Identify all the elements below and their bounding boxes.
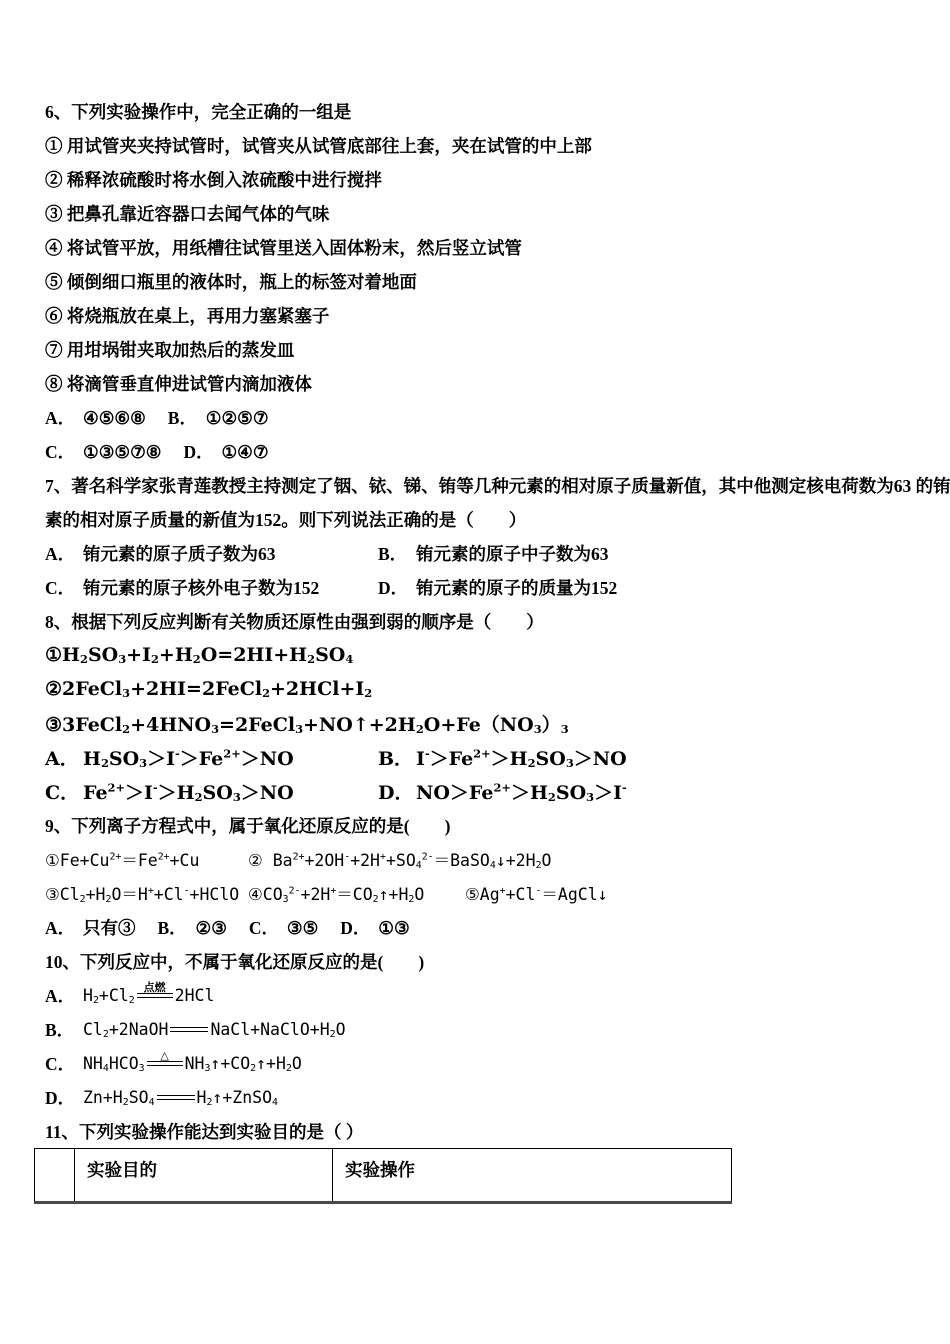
- q11-table-header-cell-1: 实验目的: [75, 1149, 333, 1203]
- q6-item-4-content: ④ 将试管平放，用纸槽往试管里送入固体粉末，然后竖立试管: [45, 235, 522, 260]
- q11-table-header-cell-2: 实验操作: [333, 1149, 732, 1203]
- option-letter-label: C．: [45, 439, 83, 464]
- option-letter-label: B．: [45, 1017, 83, 1042]
- q8-stem-content: 8、根据下列反应判断有关物质还原性由强到弱的顺序是（ ）: [45, 609, 544, 634]
- q6-options-cd-item-1: D．①④⑦: [183, 439, 268, 464]
- option-text: 铕元素的原子的质量为152: [416, 575, 617, 600]
- q11-table-header-cell-0: [35, 1149, 75, 1203]
- q10-option-a-lhs: H2+Cl2: [83, 986, 135, 1005]
- q8-eq-1: ①H2SO3+I2+H2O=2HI+H2SO4: [45, 638, 915, 672]
- q8-options-ab: A．H2SO3＞I-＞Fe2+＞NOB．I-＞Fe2+＞H2SO3＞NO: [45, 740, 915, 774]
- q8-options-ab-item-0: A．H2SO3＞I-＞Fe2+＞NO: [45, 744, 378, 771]
- q10-option-c-lhs: NH4HCO3: [83, 1054, 145, 1073]
- option-letter-label: A．: [45, 744, 83, 771]
- q6-item-6: ⑥ 将烧瓶放在桌上，再用力塞紧塞子: [45, 298, 915, 332]
- q7-options-ab-item-0: A．铕元素的原子质子数为63: [45, 541, 378, 566]
- option-letter-label: B．: [158, 915, 196, 940]
- option-text: ④⑤⑥⑧: [83, 408, 146, 429]
- q9-eq-row1: ①Fe+Cu2+＝Fe2++Cu② Ba2++2OH-+2H++SO42-＝Ba…: [45, 842, 915, 876]
- q6-item-2: ② 稀释浓硫酸时将水倒入浓硫酸中进行搅拌: [45, 162, 915, 196]
- q6-item-8-content: ⑧ 将滴管垂直伸进试管内滴加液体: [45, 371, 312, 396]
- option-letter-label: B．: [168, 405, 206, 430]
- option-letter-label: A．: [45, 541, 83, 566]
- q8-eq-2: ②2FeCl3+2HI=2FeCl2+2HCl+I2: [45, 672, 915, 706]
- option-text: ①③: [378, 918, 409, 939]
- q11-table: 实验目的实验操作: [34, 1148, 732, 1204]
- option-text: ②③: [196, 918, 227, 939]
- q8-eq-3-content: ③3FeCl2+4HNO3=2FeCl3+NO↑+2H2O+Fe（NO3）3: [45, 710, 569, 737]
- reaction-equals-double-line: △: [147, 1061, 183, 1066]
- q8-stem: 8、根据下列反应判断有关物质还原性由强到弱的顺序是（ ）: [45, 604, 915, 638]
- q8-options-cd-item-1: D．NO＞Fe2+＞H2SO3＞I-: [378, 778, 627, 805]
- q6-item-2-content: ② 稀释浓硫酸时将水倒入浓硫酸中进行搅拌: [45, 167, 382, 192]
- option-letter-label: D．: [340, 915, 378, 940]
- option-letter-label: C．: [45, 1051, 83, 1076]
- q6-item-7: ⑦ 用坩埚钳夹取加热后的蒸发皿: [45, 332, 915, 366]
- q7-stem-line2-content: 素的相对原子质量的新值为152。则下列说法正确的是（ ）: [45, 507, 526, 532]
- exam-document-page: 6、下列实验操作中，完全正确的一组是① 用试管夹夹持试管时，试管夹从试管底部往上…: [0, 0, 950, 1204]
- q6-item-1: ① 用试管夹夹持试管时，试管夹从试管底部往上套，夹在试管的中上部: [45, 128, 915, 162]
- q10-option-b-rhs: NaCl+NaClO+H2O: [210, 1020, 345, 1039]
- q6-item-5-content: ⑤ 倾倒细口瓶里的液体时，瓶上的标签对着地面: [45, 269, 417, 294]
- q6-stem: 6、下列实验操作中，完全正确的一组是: [45, 94, 915, 128]
- q10-option-c-rhs: NH3↑+CO2↑+H2O: [185, 1054, 302, 1073]
- q9-stem-content: 9、下列离子方程式中，属于氧化还原反应的是( ): [45, 813, 450, 838]
- q9-options-item-0: A．只有③: [45, 915, 136, 940]
- q10-option-c: C．NH4HCO3△NH3↑+CO2↑+H2O: [45, 1046, 915, 1080]
- reaction-equals-double-line: 点燃: [137, 993, 173, 998]
- q9-eq-row2-cell-0: ③Cl2+H2O＝H++Cl-+HClO: [45, 881, 248, 905]
- reaction-equals-double-line: [157, 1095, 195, 1100]
- q6-item-3: ③ 把鼻孔靠近容器口去闻气体的气味: [45, 196, 915, 230]
- q7-options-ab-item-1: B．铕元素的原子中子数为63: [378, 541, 609, 566]
- option-letter-label: A．: [45, 915, 83, 940]
- q6-item-6-content: ⑥ 将烧瓶放在桌上，再用力塞紧塞子: [45, 303, 329, 328]
- reaction-condition-label: △: [160, 1051, 168, 1062]
- q11-table-header-row: 实验目的实验操作: [35, 1149, 732, 1203]
- q8-options-cd-item-0: C．Fe2+＞I-＞H2SO3＞NO: [45, 778, 378, 805]
- q7-stem-line2: 素的相对原子质量的新值为152。则下列说法正确的是（ ）: [45, 502, 915, 536]
- q9-eq-row2-cell-2: ⑤Ag++Cl-＝AgCl↓: [465, 881, 608, 905]
- q10-option-d-lhs: Zn+H2SO4: [83, 1088, 155, 1107]
- option-letter-label: B．: [378, 744, 416, 771]
- q10-option-d: D．Zn+H2SO4H2↑+ZnSO4: [45, 1080, 915, 1114]
- q9-eq-row1-cell-0: ①Fe+Cu2+＝Fe2++Cu: [45, 847, 248, 871]
- q7-options-ab: A．铕元素的原子质子数为63B．铕元素的原子中子数为63: [45, 536, 915, 570]
- option-text: NO＞Fe2+＞H2SO3＞I-: [416, 778, 627, 805]
- q6-item-1-content: ① 用试管夹夹持试管时，试管夹从试管底部往上套，夹在试管的中上部: [45, 133, 592, 158]
- q6-item-5: ⑤ 倾倒细口瓶里的液体时，瓶上的标签对着地面: [45, 264, 915, 298]
- option-text: H2SO3＞I-＞Fe2+＞NO: [83, 744, 294, 771]
- q6-options-ab-item-0: A．④⑤⑥⑧: [45, 405, 146, 430]
- q6-item-4: ④ 将试管平放，用纸槽往试管里送入固体粉末，然后竖立试管: [45, 230, 915, 264]
- q8-eq-1-content: ①H2SO3+I2+H2O=2HI+H2SO4: [45, 644, 353, 666]
- q7-stem-line1-content: 7、著名科学家张青莲教授主持测定了铟、铱、锑、铕等几种元素的相对原子质量新值，其…: [45, 473, 950, 498]
- q6-item-7-content: ⑦ 用坩埚钳夹取加热后的蒸发皿: [45, 337, 294, 362]
- q9-options-item-3: D．①③: [340, 915, 409, 940]
- option-text: ③⑤: [287, 918, 318, 939]
- q8-options-cd: C．Fe2+＞I-＞H2SO3＞NOD．NO＞Fe2+＞H2SO3＞I-: [45, 774, 915, 808]
- q7-options-cd: C．铕元素的原子核外电子数为152D．铕元素的原子的质量为152: [45, 570, 915, 604]
- option-text: ①②⑤⑦: [206, 408, 269, 429]
- q10-option-b-lhs: Cl2+2NaOH: [83, 1020, 168, 1039]
- option-text: ①④⑦: [221, 442, 268, 463]
- q11-stem-content: 11、下列实验操作能达到实验目的是（ ）: [45, 1119, 363, 1144]
- option-letter-label: A．: [45, 983, 83, 1008]
- q6-stem-content: 6、下列实验操作中，完全正确的一组是: [45, 99, 351, 124]
- option-letter-label: D．: [378, 575, 416, 600]
- q8-options-ab-item-1: B．I-＞Fe2+＞H2SO3＞NO: [378, 744, 627, 771]
- q9-options: A．只有③B．②③C．③⑤D．①③: [45, 910, 915, 944]
- q10-option-b: B．Cl2+2NaOHNaCl+NaClO+H2O: [45, 1012, 915, 1046]
- q9-eq-row2-cell-1: ④CO32-+2H+＝CO2↑+H2O: [248, 881, 465, 905]
- option-text: 铕元素的原子核外电子数为152: [83, 575, 319, 600]
- q6-options-ab: A．④⑤⑥⑧B．①②⑤⑦: [45, 400, 915, 434]
- q10-stem: 10、下列反应中，不属于氧化还原反应的是( ): [45, 944, 915, 978]
- q8-eq-2-content: ②2FeCl3+2HI=2FeCl2+2HCl+I2: [45, 678, 372, 700]
- q6-options-cd-item-0: C．①③⑤⑦⑧: [45, 439, 161, 464]
- reaction-condition-label: 点燃: [144, 983, 166, 994]
- question-list: 6、下列实验操作中，完全正确的一组是① 用试管夹夹持试管时，试管夹从试管底部往上…: [0, 0, 950, 1204]
- option-letter-label: C．: [45, 575, 83, 600]
- q9-stem: 9、下列离子方程式中，属于氧化还原反应的是( ): [45, 808, 915, 842]
- option-letter-label: C．: [45, 778, 83, 805]
- q9-options-item-2: C．③⑤: [249, 915, 318, 940]
- option-text: Fe2+＞I-＞H2SO3＞NO: [83, 778, 294, 805]
- option-text: 只有③: [83, 915, 136, 940]
- reaction-equals-double-line: [170, 1027, 208, 1032]
- option-letter-label: D．: [378, 778, 416, 805]
- option-text: 铕元素的原子质子数为63: [83, 541, 276, 566]
- option-text: 铕元素的原子中子数为63: [416, 541, 609, 566]
- q10-option-a: A．H2+Cl2点燃2HCl: [45, 978, 915, 1012]
- option-letter-label: B．: [378, 541, 416, 566]
- option-letter-label: A．: [45, 405, 83, 430]
- option-letter-label: D．: [45, 1085, 83, 1110]
- q10-option-d-rhs: H2↑+ZnSO4: [197, 1088, 278, 1107]
- q6-options-cd: C．①③⑤⑦⑧D．①④⑦: [45, 434, 915, 468]
- q7-stem-line1: 7、著名科学家张青莲教授主持测定了铟、铱、锑、铕等几种元素的相对原子质量新值，其…: [45, 468, 915, 502]
- q6-options-ab-item-1: B．①②⑤⑦: [168, 405, 269, 430]
- option-letter-label: C．: [249, 915, 287, 940]
- q9-eq-row1-cell-1: ② Ba2++2OH-+2H++SO42-＝BaSO4↓+2H2O: [248, 847, 551, 871]
- q9-eq-row2: ③Cl2+H2O＝H++Cl-+HClO④CO32-+2H+＝CO2↑+H2O⑤…: [45, 876, 915, 910]
- option-letter-label: D．: [183, 439, 221, 464]
- q11-stem: 11、下列实验操作能达到实验目的是（ ）: [45, 1114, 915, 1148]
- q6-item-3-content: ③ 把鼻孔靠近容器口去闻气体的气味: [45, 201, 329, 226]
- q8-eq-3: ③3FeCl2+4HNO3=2FeCl3+NO↑+2H2O+Fe（NO3）3: [45, 706, 915, 740]
- option-text: I-＞Fe2+＞H2SO3＞NO: [416, 744, 627, 771]
- q7-options-cd-item-1: D．铕元素的原子的质量为152: [378, 575, 617, 600]
- q7-options-cd-item-0: C．铕元素的原子核外电子数为152: [45, 575, 378, 600]
- q6-item-8: ⑧ 将滴管垂直伸进试管内滴加液体: [45, 366, 915, 400]
- q10-option-a-rhs: 2HCl: [175, 986, 215, 1005]
- q10-stem-content: 10、下列反应中，不属于氧化还原反应的是( ): [45, 949, 424, 974]
- q9-options-item-1: B．②③: [158, 915, 227, 940]
- option-text: ①③⑤⑦⑧: [83, 442, 161, 463]
